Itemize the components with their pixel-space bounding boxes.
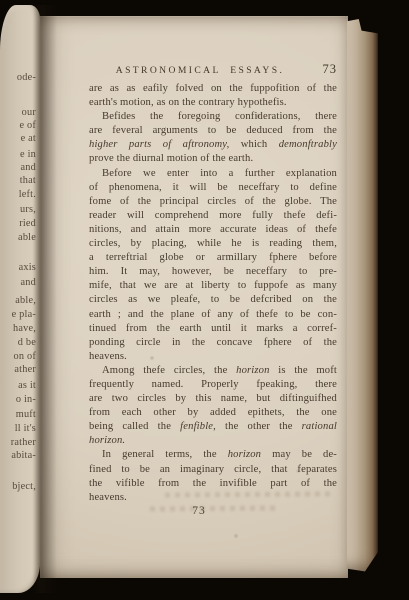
- italic-text-segment: horizon.: [89, 435, 125, 446]
- text-segment: tinued from the earth until it marks a c…: [89, 323, 337, 334]
- adjacent-page-text-fragment: rather: [11, 437, 36, 448]
- text-line: nitions, and attain more accurate ideas …: [89, 223, 337, 237]
- text-line: circles, by placing, while he is reading…: [89, 237, 337, 251]
- adjacent-page-text-fragment: ried: [19, 218, 36, 229]
- text-segment: In general terms, the: [102, 449, 228, 460]
- adjacent-page-text-fragment: our: [22, 107, 36, 118]
- text-segment: fined to be an imaginary circle, that fe…: [89, 464, 337, 475]
- text-segment: being called the: [89, 421, 180, 432]
- text-segment: nitions, and attain more accurate ideas …: [89, 224, 337, 235]
- text-line: Befides the foregoing confiderations, th…: [89, 110, 337, 124]
- text-segment: which: [229, 139, 278, 150]
- text-line: In general terms, the horizon may be de-: [89, 448, 337, 462]
- text-line: are two circles by this name, but diftin…: [89, 392, 337, 406]
- adjacent-page-text-fragment: able: [18, 232, 36, 243]
- text-line: ponding circle in the concave fphere of …: [89, 336, 337, 350]
- adjacent-page-text-fragment: as it: [18, 380, 36, 391]
- adjacent-page-text-fragment: bject,: [12, 481, 36, 492]
- running-header: ASTRONOMICAL ESSAYS. 73: [89, 62, 337, 77]
- italic-text-segment: horizon: [236, 365, 269, 376]
- adjacent-page-text-fragment: and: [21, 277, 36, 288]
- text-line: from each other by added epithets, the o…: [89, 406, 337, 420]
- text-segment: him. It may, however, be neceffary to pr…: [89, 266, 337, 277]
- show-through-text-ghost: [150, 506, 280, 512]
- text-line: earth's motion, as on the contrary hypot…: [89, 96, 337, 110]
- adjacent-page-text-fragment: that: [20, 175, 36, 186]
- text-line: being called the fenfible, the other the…: [89, 420, 337, 434]
- text-segment: circles as we pleafe, to be defcribed on…: [89, 294, 337, 305]
- adjacent-page-text-fragment: e in: [20, 149, 36, 160]
- text-line: horizon.: [89, 434, 337, 448]
- text-segment: circles, by placing, while he is reading…: [89, 238, 337, 249]
- text-segment: earth ; and the plane of any of thefe to…: [89, 309, 337, 320]
- text-segment: Befides the foregoing confiderations, th…: [102, 111, 337, 122]
- adjacent-page-text-fragment: o in-: [16, 394, 36, 405]
- adjacent-page-text-fragment: e pla-: [12, 309, 36, 320]
- italic-text-segment: higher parts of aftronomy,: [89, 139, 229, 150]
- text-segment: is the moft: [270, 365, 337, 376]
- text-segment: reader will comprehend more fully thefe …: [89, 210, 337, 221]
- adjacent-page-text-fragment: e of: [19, 120, 36, 131]
- italic-text-segment: fenfible,: [180, 421, 216, 432]
- text-line: the vifible from the invifible part of t…: [89, 477, 337, 491]
- text-line: earth ; and the plane of any of thefe to…: [89, 308, 337, 322]
- text-segment: Among thefe circles, the: [102, 365, 236, 376]
- book-photo-scene: ode-oure ofe ate inandthatleft.urs,rieda…: [0, 0, 409, 600]
- text-segment: prove the diurnal motion of the earth.: [89, 153, 253, 164]
- text-line: a terreftrial globe or armillary fphere …: [89, 251, 337, 265]
- text-segment: from each other by added epithets, the o…: [89, 407, 337, 418]
- text-line: him. It may, however, be neceffary to pr…: [89, 265, 337, 279]
- text-block: are as as eafily folved on the fuppofiti…: [89, 82, 337, 505]
- page-title: ASTRONOMICAL ESSAYS.: [89, 65, 311, 76]
- book-fore-edge: [347, 19, 378, 573]
- text-segment: may be de-: [261, 449, 337, 460]
- text-segment: heavens.: [89, 351, 127, 362]
- adjacent-page-text-fragment: ather: [14, 364, 36, 375]
- text-line: mife, that we are at liberty to fuppofe …: [89, 279, 337, 293]
- adjacent-page-edge: ode-oure ofe ate inandthatleft.urs,rieda…: [0, 5, 40, 593]
- text-line: fome of the principal circles of the glo…: [89, 195, 337, 209]
- text-segment: the vifible from the invifible part of t…: [89, 478, 337, 489]
- adjacent-page-text-fragment: on of: [14, 351, 36, 362]
- text-line: Among thefe circles, the horizon is the …: [89, 364, 337, 378]
- text-segment: heavens.: [89, 492, 127, 503]
- italic-text-segment: horizon: [228, 449, 261, 460]
- adjacent-page-text-fragment: d be: [18, 337, 36, 348]
- italic-text-segment: rational: [302, 421, 337, 432]
- adjacent-page-text-fragment: axis: [19, 262, 36, 273]
- text-segment: are feveral arguments to be deduced from…: [89, 125, 337, 136]
- adjacent-page-text-fragment: e at: [21, 133, 36, 144]
- text-line: circles as we pleafe, to be defcribed on…: [89, 293, 337, 307]
- text-line: higher parts of aftronomy, which demonft…: [89, 138, 337, 152]
- header-page-number: 73: [311, 62, 337, 77]
- adjacent-page-text-fragment: muft: [16, 409, 36, 420]
- adjacent-page-text-fragment: ode-: [17, 72, 36, 83]
- adjacent-page-text-fragment: abita-: [11, 450, 36, 461]
- text-segment: Before we enter into a further explanati…: [102, 168, 337, 179]
- text-segment: are as as eafily folved on the fuppofiti…: [89, 83, 337, 94]
- adjacent-page-text-fragment: urs,: [20, 204, 36, 215]
- text-segment: are two circles by this name, but diftin…: [89, 393, 337, 404]
- text-segment: of phenomena, it will be neceffary to de…: [89, 182, 337, 193]
- text-line: fined to be an imaginary circle, that fe…: [89, 463, 337, 477]
- text-line: of phenomena, it will be neceffary to de…: [89, 181, 337, 195]
- text-line: are feveral arguments to be deduced from…: [89, 124, 337, 138]
- adjacent-page-text-fragment: have,: [13, 323, 36, 334]
- text-segment: earth's motion, as on the contrary hypot…: [89, 97, 287, 108]
- text-line: are as as eafily folved on the fuppofiti…: [89, 82, 337, 96]
- text-line: heavens.: [89, 350, 337, 364]
- text-segment: a terreftrial globe or armillary fphere …: [89, 252, 337, 263]
- text-segment: mife, that we are at liberty to fuppofe …: [89, 280, 337, 291]
- italic-text-segment: demonftrably: [279, 139, 337, 150]
- text-segment: fome of the principal circles of the glo…: [89, 196, 337, 207]
- text-line: prove the diurnal motion of the earth.: [89, 152, 337, 166]
- text-segment: ponding circle in the concave fphere of …: [89, 337, 337, 348]
- text-segment: frequently named. Properly fpeaking, the…: [89, 379, 337, 390]
- adjacent-page-text-fragment: able,: [15, 295, 36, 306]
- adjacent-page-text-fragment: left.: [19, 189, 36, 200]
- text-line: reader will comprehend more fully thefe …: [89, 209, 337, 223]
- adjacent-page-text-fragment: and: [21, 162, 36, 173]
- text-line: Before we enter into a further explanati…: [89, 167, 337, 181]
- text-segment: the other the: [216, 421, 302, 432]
- text-line: frequently named. Properly fpeaking, the…: [89, 378, 337, 392]
- adjacent-page-text-fragment: ll it's: [15, 423, 36, 434]
- text-line: tinued from the earth until it marks a c…: [89, 322, 337, 336]
